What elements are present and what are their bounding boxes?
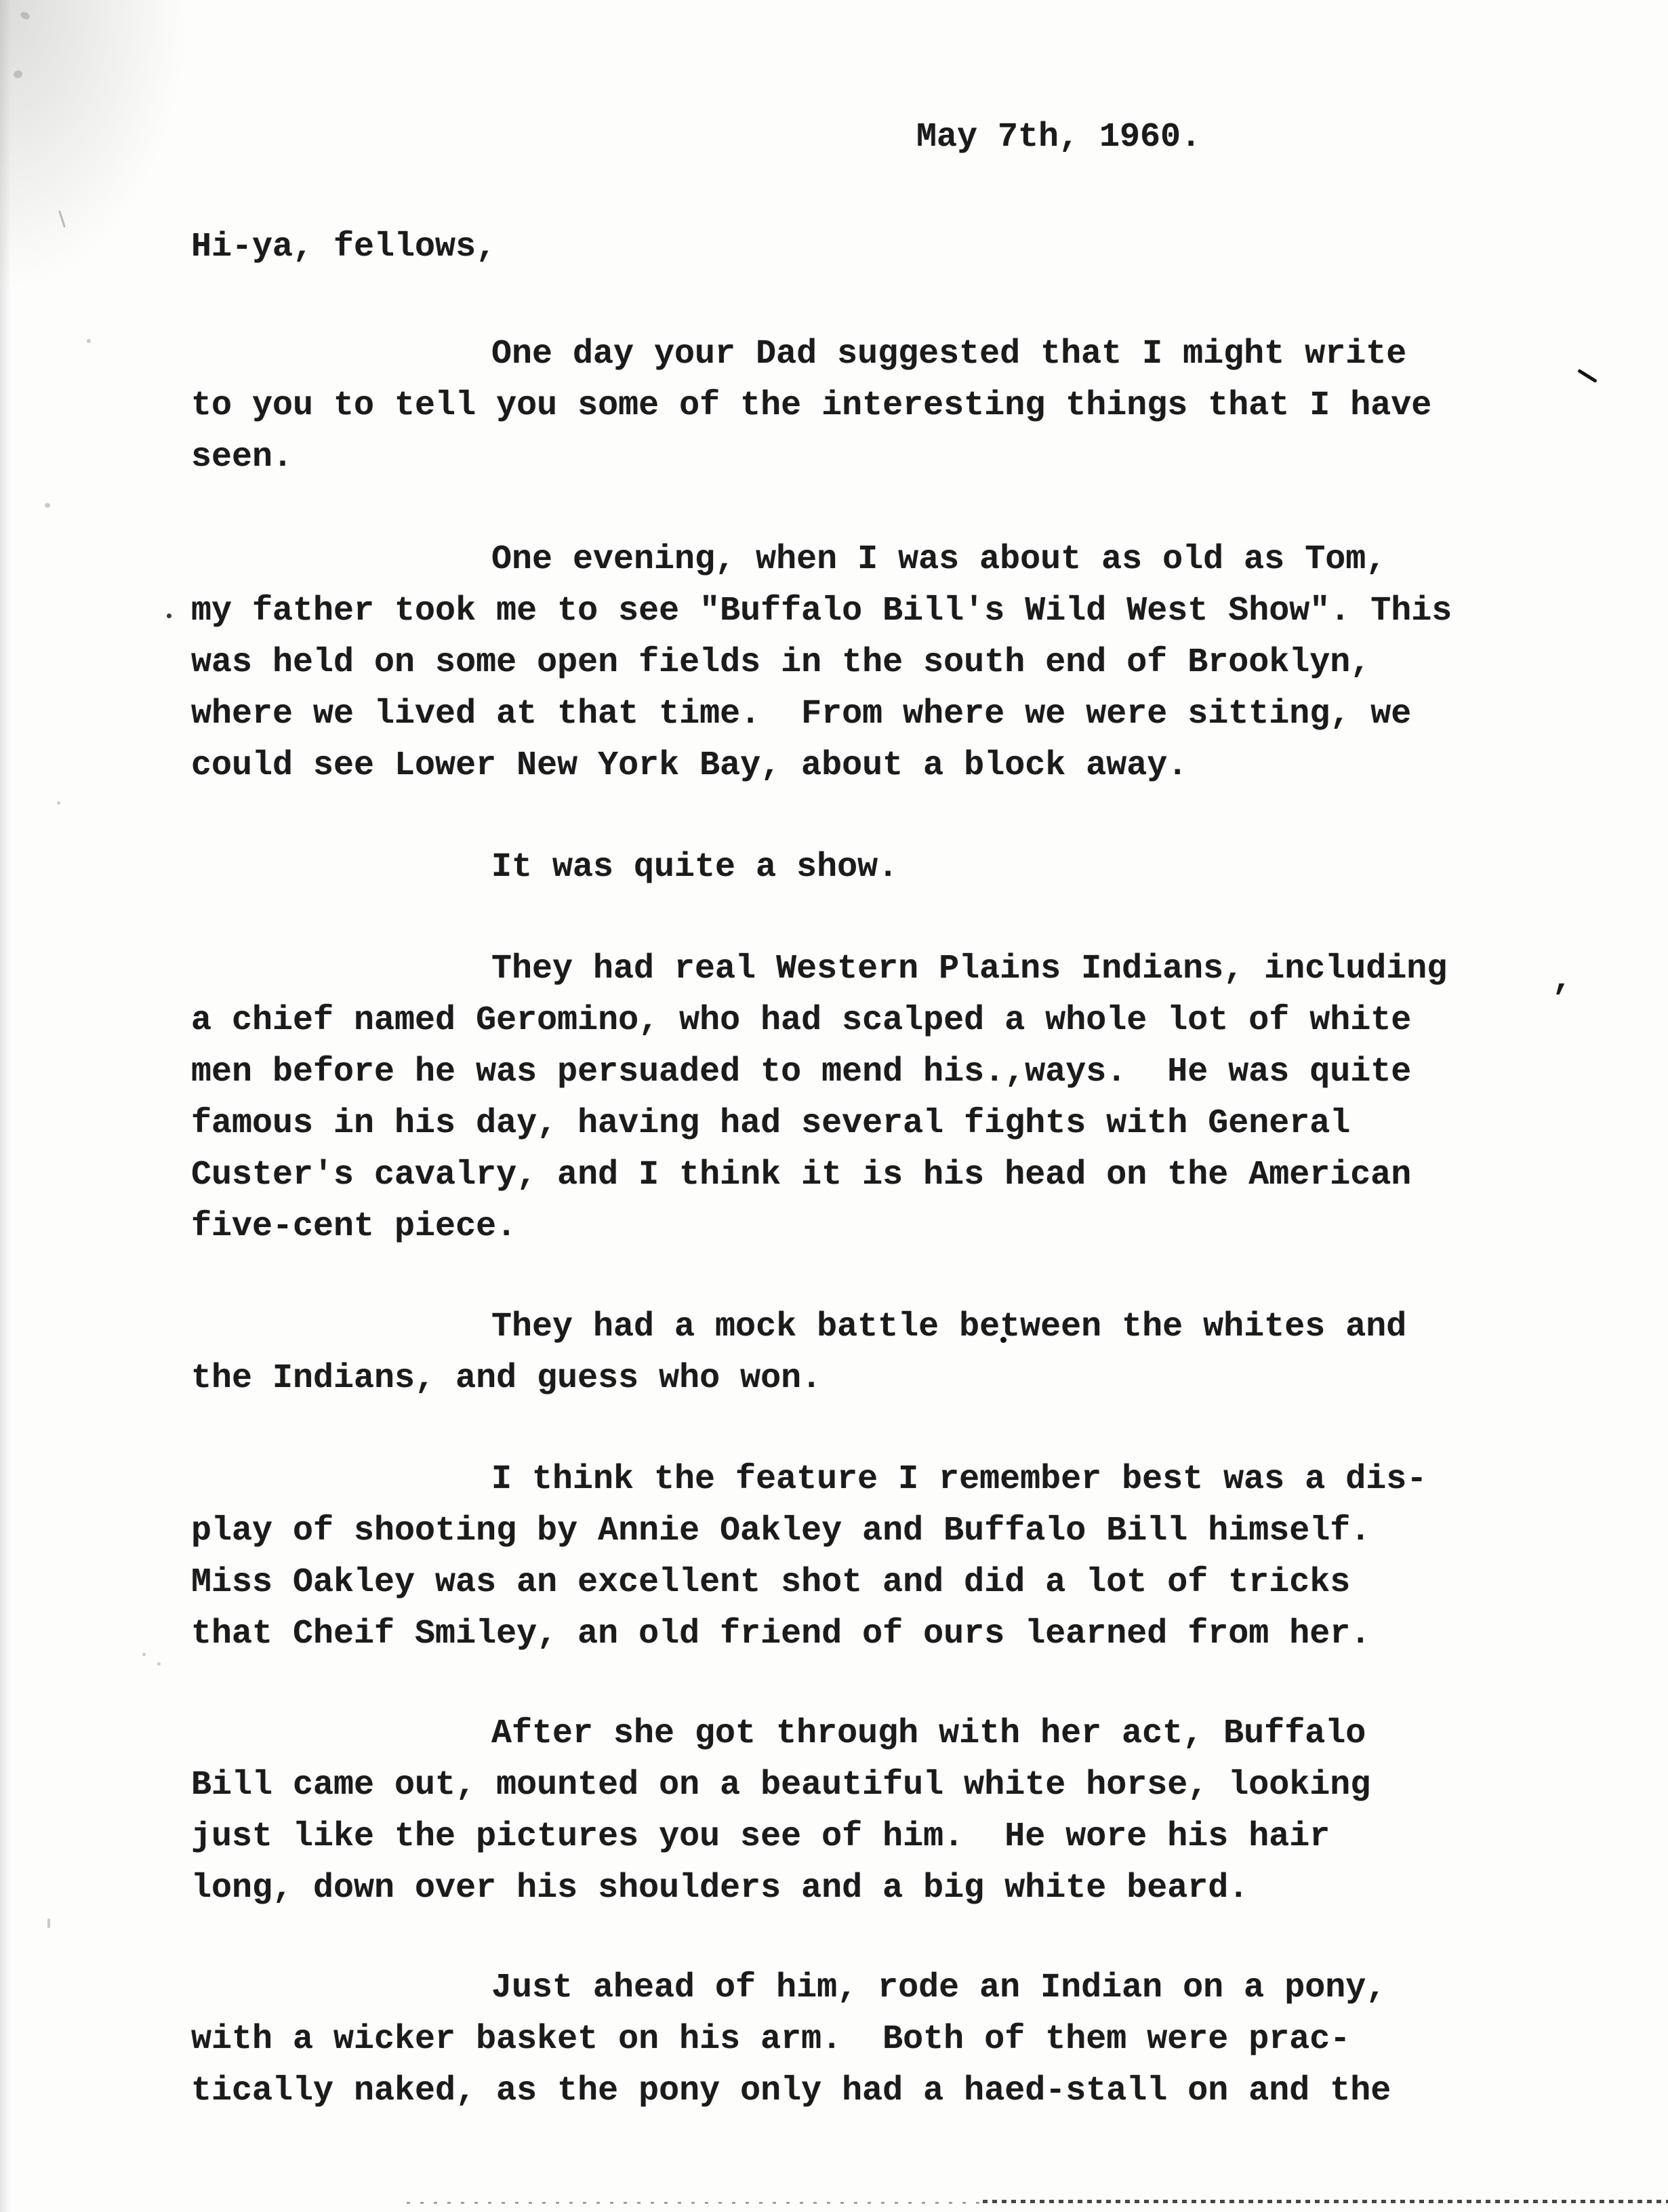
letter-line: One day your Dad suggested that I might … bbox=[191, 329, 1431, 380]
faint-pen-tick bbox=[58, 210, 66, 228]
letter-line: tically naked, as the pony only had a ha… bbox=[191, 2066, 1391, 2117]
letter-line: was held on some open fields in the sout… bbox=[191, 637, 1452, 689]
letter-line: that Cheif Smiley, an old friend of ours… bbox=[191, 1609, 1427, 1660]
stray-comma-mark: , bbox=[1552, 954, 1572, 1006]
paper-speck bbox=[157, 1662, 161, 1666]
letter-line: just like the pictures you see of him. H… bbox=[191, 1811, 1370, 1863]
paper-speck bbox=[57, 801, 60, 805]
letter-line: play of shooting by Annie Oakley and Buf… bbox=[191, 1506, 1427, 1557]
letter-line: Bill came out, mounted on a beautiful wh… bbox=[191, 1760, 1370, 1811]
paragraph-8: Just ahead of him, rode an Indian on a p… bbox=[191, 1963, 1391, 2117]
letter-line: They had real Western Plains Indians, in… bbox=[191, 944, 1447, 995]
scan-edge-artifact-line bbox=[983, 2200, 1668, 2203]
paragraph-2: One evening, when I was about as old as … bbox=[191, 534, 1452, 792]
paragraph-6: I think the feature I remember best was … bbox=[191, 1454, 1427, 1660]
letter-line: Just ahead of him, rode an Indian on a p… bbox=[191, 1963, 1391, 2014]
paper-speck bbox=[13, 70, 23, 79]
scan-corner-shading bbox=[0, 0, 190, 291]
letter-line: long, down over his shoulders and a big … bbox=[191, 1863, 1370, 1914]
letter-line: famous in his day, having had several fi… bbox=[191, 1098, 1447, 1150]
letter-line: One evening, when I was about as old as … bbox=[191, 534, 1452, 586]
date-line: May 7th, 1960. bbox=[916, 112, 1201, 163]
paper-speck bbox=[20, 11, 31, 21]
letter-line: Miss Oakley was an excellent shot and di… bbox=[191, 1557, 1427, 1609]
pen-check-stroke bbox=[1577, 369, 1598, 383]
letter-line: five-cent piece. bbox=[191, 1201, 1447, 1253]
scan-edge-artifact-line bbox=[407, 2202, 983, 2204]
paper-speck bbox=[47, 1918, 50, 1928]
letter-line: my father took me to see "Buffalo Bill's… bbox=[191, 586, 1452, 637]
paragraph-7: After she got through with her act, Buff… bbox=[191, 1708, 1370, 1914]
letter-line: After she got through with her act, Buff… bbox=[191, 1708, 1370, 1760]
letter-line: seen. bbox=[191, 432, 1431, 483]
salutation: Hi-ya, fellows, bbox=[191, 222, 496, 273]
letter-line: Custer's cavalry, and I think it is his … bbox=[191, 1150, 1447, 1201]
paragraph-5: They had a mock battle between the white… bbox=[191, 1302, 1406, 1405]
paragraph-3: It was quite a show. bbox=[191, 842, 898, 893]
letter-line: could see Lower New York Bay, about a bl… bbox=[191, 740, 1452, 792]
letter-line: They had a mock battle between the white… bbox=[191, 1302, 1406, 1353]
letter-line: It was quite a show. bbox=[191, 842, 898, 893]
scan-edge-shading bbox=[0, 0, 11, 2212]
letter-line: the Indians, and guess who won. bbox=[191, 1353, 1406, 1405]
scanned-letter-page: , May 7th, 1960. Hi-ya, fellows, One day… bbox=[0, 0, 1668, 2212]
paragraph-1: One day your Dad suggested that I might … bbox=[191, 329, 1431, 483]
paper-speck bbox=[142, 1653, 146, 1656]
letter-line: men before he was persuaded to mend his.… bbox=[191, 1047, 1447, 1098]
stray-ink-dot bbox=[167, 614, 171, 618]
letter-line: to you to tell you some of the interesti… bbox=[191, 380, 1431, 432]
letter-line: where we lived at that time. From where … bbox=[191, 689, 1452, 740]
paper-speck bbox=[45, 503, 50, 508]
paragraph-4: They had real Western Plains Indians, in… bbox=[191, 944, 1447, 1253]
letter-line: with a wicker basket on his arm. Both of… bbox=[191, 2014, 1391, 2066]
letter-line: I think the feature I remember best was … bbox=[191, 1454, 1427, 1506]
paper-speck bbox=[87, 339, 91, 343]
letter-line: a chief named Geromino, who had scalped … bbox=[191, 995, 1447, 1047]
